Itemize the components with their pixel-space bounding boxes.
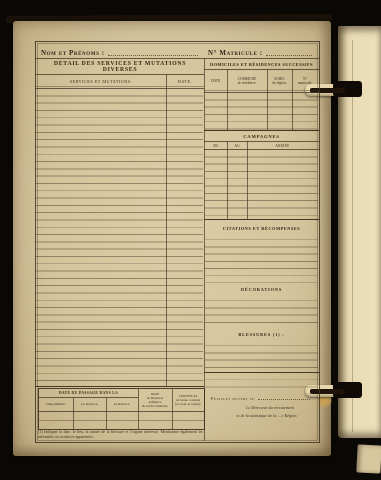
passage-vline-2	[106, 397, 107, 429]
citations-section-title: CITATIONS ET RÉCOMPENSES	[205, 224, 318, 232]
header-matricule-row: N° Matricule :	[208, 45, 315, 57]
signature-line-1: Le Directeur du recrutement	[222, 404, 318, 411]
domiciles-ruled-rows	[205, 93, 318, 130]
domiciles-col-subdivision: SUBD. de région.	[267, 71, 292, 91]
matricule-fill-line	[266, 54, 312, 56]
services-header-rule-1	[35, 86, 204, 87]
domiciles-col-date: DATE.	[205, 71, 227, 91]
decorations-ruled-lines	[205, 294, 318, 328]
feuillet-ouvert-label: Feuillet ouvert le	[211, 396, 255, 401]
campagnes-ruled-rows	[205, 150, 318, 219]
passage-vline-3	[138, 389, 139, 429]
services-section-title: DÉTAIL DES SERVICES ET MUTATIONS DIVERSE…	[36, 60, 204, 73]
passage-col-reserve2: 2e Réserve.	[106, 398, 138, 410]
passage-header-bottom-rule	[39, 411, 204, 412]
campagnes-bottom-rule	[204, 219, 319, 220]
passage-vline-4	[172, 389, 173, 429]
passage-col-liberation: DATE de libération définitive du service…	[138, 389, 172, 411]
citations-ruled-lines	[205, 233, 318, 283]
services-column-header: SERVICES ET MUTATIONS.	[36, 76, 166, 86]
passage-col-certificat: CERTIFICAT de bonne conduite (accordé ou…	[172, 389, 204, 411]
blessures-section-title: BLESSURES (1) :	[205, 330, 318, 338]
domiciles-col-matricule: N° matricule.	[292, 71, 318, 91]
nom-prenoms-fill-line	[108, 54, 198, 56]
passage-col-reserve1: 1re Réserve.	[73, 398, 106, 410]
extra-ruled-lines	[205, 373, 318, 388]
campagnes-col-du: DU	[205, 142, 227, 149]
passage-row-rule	[39, 420, 204, 421]
domiciles-section-title: DOMICILES ET RÉSIDENCES SUCCESSIFS	[205, 60, 318, 69]
feuillet-row: Feuillet ouvert le	[211, 393, 313, 401]
decorations-section-title: DÉCORATIONS	[205, 285, 318, 293]
signature-line-2: et de la statistique de la ....e Région.	[216, 412, 318, 419]
numero-matricule-label: N° Matricule :	[208, 49, 263, 57]
campagnes-col-au: AU	[227, 142, 247, 149]
blessures-ruled-lines	[205, 339, 318, 370]
passage-table: DATE DU PASSAGE DANS LA Disponibilité. 1…	[38, 388, 205, 430]
passage-vline-1	[73, 397, 74, 429]
next-page-crease	[352, 40, 353, 432]
header-nom-row: Nom et Prénoms :	[41, 45, 201, 57]
campagnes-col-armee: ARMÉE	[247, 142, 318, 149]
campagnes-section-title: CAMPAGNES	[205, 132, 318, 140]
services-date-column-header: DATE.	[166, 76, 204, 86]
nom-prenoms-label: Nom et Prénoms :	[41, 49, 105, 57]
services-ruled-rows	[36, 89, 203, 385]
passage-col-disponibilite: Disponibilité.	[39, 398, 73, 410]
header-divider	[35, 58, 319, 59]
scanned-register-photo: Nom et Prénoms : N° Matricule : DÉTAIL D…	[0, 0, 381, 480]
feuillet-fill-line	[258, 398, 310, 400]
domiciles-col-commune: COMMUNE de résidence.	[227, 71, 267, 91]
domiciles-title-underline	[204, 69, 319, 70]
services-title-underline	[35, 74, 204, 75]
blessures-footnote: (1) Indiquer la date, le lieu, la nature…	[38, 430, 203, 440]
domiciles-header-rule-1	[204, 90, 319, 91]
passage-span-header: DATE DU PASSAGE DANS LA	[39, 389, 138, 397]
bottom-right-page-corner	[356, 444, 381, 473]
